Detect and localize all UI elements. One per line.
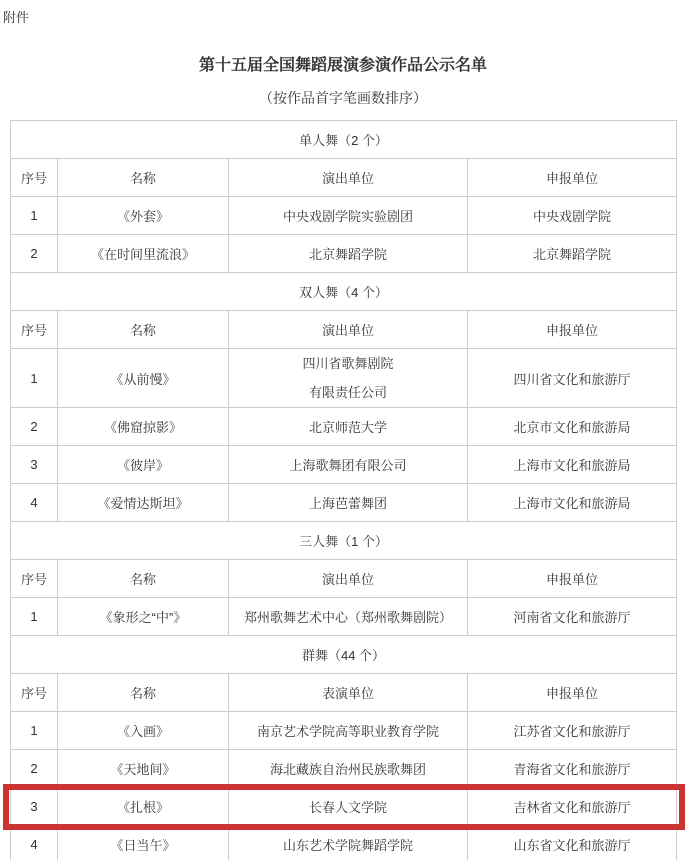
cell-index: 3 [11,788,58,826]
header-row: 序号名称演出单位申报单位 [11,159,677,197]
cell-applicant-unit: 北京市文化和旅游局 [468,408,677,446]
column-header: 演出单位 [229,159,468,197]
section-title: 群舞（44 个） [11,636,677,674]
cell-applicant-unit: 中央戏剧学院 [468,197,677,235]
column-header: 序号 [11,674,58,712]
cell-index: 4 [11,484,58,522]
cell-applicant-unit: 吉林省文化和旅游厅 [468,788,677,826]
page-title: 第十五届全国舞蹈展演参演作品公示名单 [0,52,686,75]
cell-performing-unit: 中央戏剧学院实验剧团 [229,197,468,235]
cell-work-title: 《彼岸》 [58,446,229,484]
cell-performing-unit: 海北藏族自治州民族歌舞团 [229,750,468,788]
cell-performing-unit: 上海歌舞团有限公司 [229,446,468,484]
section-title-row: 单人舞（2 个） [11,121,677,159]
table-row: 2《天地间》海北藏族自治州民族歌舞团青海省文化和旅游厅 [11,750,677,788]
cell-work-title: 《象形之“中”》 [58,598,229,636]
cell-applicant-unit: 上海市文化和旅游局 [468,484,677,522]
header-row: 序号名称演出单位申报单位 [11,311,677,349]
column-header: 序号 [11,311,58,349]
column-header: 申报单位 [468,674,677,712]
cell-index: 1 [11,712,58,750]
column-header: 名称 [58,674,229,712]
notice-page: 附件 第十五届全国舞蹈展演参演作品公示名单 （按作品首字笔画数排序） 单人舞（2… [0,0,686,860]
header-row: 序号名称表演单位申报单位 [11,674,677,712]
cell-work-title: 《入画》 [58,712,229,750]
section-title-row: 群舞（44 个） [11,636,677,674]
cell-applicant-unit: 青海省文化和旅游厅 [468,750,677,788]
column-header: 序号 [11,159,58,197]
cell-work-title: 《天地间》 [58,750,229,788]
column-header: 演出单位 [229,560,468,598]
column-header: 名称 [58,159,229,197]
cell-index: 2 [11,750,58,788]
cell-index: 2 [11,408,58,446]
cell-performing-unit: 四川省歌舞剧院 有限责任公司 [229,349,468,408]
cell-work-title: 《外套》 [58,197,229,235]
column-header: 表演单位 [229,674,468,712]
table-row: 1《从前慢》四川省歌舞剧院 有限责任公司四川省文化和旅游厅 [11,349,677,408]
column-header: 申报单位 [468,159,677,197]
table-row: 3《扎根》长春人文学院吉林省文化和旅游厅 [11,788,677,826]
section-title: 单人舞（2 个） [11,121,677,159]
cell-performing-unit: 郑州歌舞艺术中心（郑州歌舞剧院） [229,598,468,636]
column-header: 演出单位 [229,311,468,349]
works-table: 单人舞（2 个）序号名称演出单位申报单位1《外套》中央戏剧学院实验剧团中央戏剧学… [10,120,677,860]
page-subtitle: （按作品首字笔画数排序） [0,88,686,108]
attachment-label: 附件 [0,0,686,26]
cell-performing-unit: 北京舞蹈学院 [229,235,468,273]
cell-applicant-unit: 江苏省文化和旅游厅 [468,712,677,750]
section-title: 双人舞（4 个） [11,273,677,311]
column-header: 申报单位 [468,311,677,349]
section-title-row: 三人舞（1 个） [11,522,677,560]
works-table-body: 单人舞（2 个）序号名称演出单位申报单位1《外套》中央戏剧学院实验剧团中央戏剧学… [11,121,677,860]
column-header: 名称 [58,560,229,598]
cell-applicant-unit: 四川省文化和旅游厅 [468,349,677,408]
cell-work-title: 《扎根》 [58,788,229,826]
table-row: 2《在时间里流浪》北京舞蹈学院北京舞蹈学院 [11,235,677,273]
cell-work-title: 《日当午》 [58,826,229,860]
table-row: 1《象形之“中”》郑州歌舞艺术中心（郑州歌舞剧院）河南省文化和旅游厅 [11,598,677,636]
cell-work-title: 《在时间里流浪》 [58,235,229,273]
table-row: 4《爱情达斯坦》上海芭蕾舞团上海市文化和旅游局 [11,484,677,522]
cell-index: 1 [11,197,58,235]
table-row: 1《外套》中央戏剧学院实验剧团中央戏剧学院 [11,197,677,235]
cell-performing-unit: 山东艺术学院舞蹈学院 [229,826,468,860]
cell-work-title: 《从前慢》 [58,349,229,408]
cell-applicant-unit: 上海市文化和旅游局 [468,446,677,484]
cell-applicant-unit: 山东省文化和旅游厅 [468,826,677,860]
section-title: 三人舞（1 个） [11,522,677,560]
header-row: 序号名称演出单位申报单位 [11,560,677,598]
table-row: 3《彼岸》上海歌舞团有限公司上海市文化和旅游局 [11,446,677,484]
cell-index: 3 [11,446,58,484]
table-row: 4《日当午》山东艺术学院舞蹈学院山东省文化和旅游厅 [11,826,677,860]
cell-index: 4 [11,826,58,860]
column-header: 名称 [58,311,229,349]
cell-applicant-unit: 北京舞蹈学院 [468,235,677,273]
column-header: 序号 [11,560,58,598]
cell-index: 1 [11,349,58,408]
cell-work-title: 《爱情达斯坦》 [58,484,229,522]
cell-performing-unit: 上海芭蕾舞团 [229,484,468,522]
cell-applicant-unit: 河南省文化和旅游厅 [468,598,677,636]
table-row: 2《佛窟掠影》北京师范大学北京市文化和旅游局 [11,408,677,446]
table-row: 1《入画》南京艺术学院高等职业教育学院江苏省文化和旅游厅 [11,712,677,750]
cell-index: 1 [11,598,58,636]
column-header: 申报单位 [468,560,677,598]
cell-index: 2 [11,235,58,273]
cell-work-title: 《佛窟掠影》 [58,408,229,446]
cell-performing-unit: 北京师范大学 [229,408,468,446]
cell-performing-unit: 长春人文学院 [229,788,468,826]
section-title-row: 双人舞（4 个） [11,273,677,311]
cell-performing-unit: 南京艺术学院高等职业教育学院 [229,712,468,750]
